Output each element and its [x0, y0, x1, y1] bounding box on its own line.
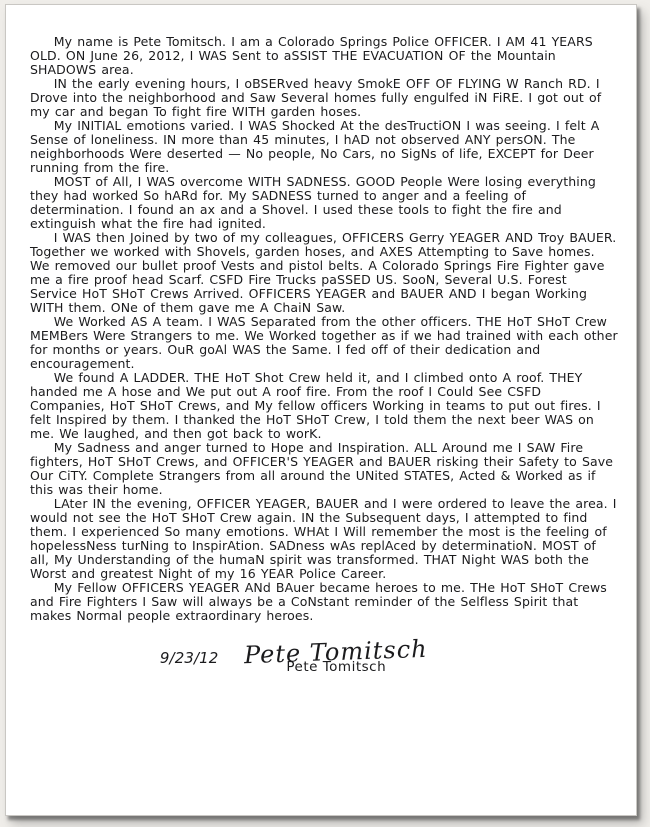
statement-paragraph: My Fellow OFFICERS YEAGER ANd BAuer beca…	[30, 581, 618, 623]
signature-date: 9/23/12	[160, 645, 219, 665]
statement-paragraph: My name is Pete Tomitsch. I am a Colorad…	[30, 35, 618, 77]
statement-body: My name is Pete Tomitsch. I am a Colorad…	[30, 35, 618, 674]
statement-paragraph: We Worked AS A team. I WAS Separated fro…	[30, 315, 618, 371]
scanned-document: My name is Pete Tomitsch. I am a Colorad…	[0, 0, 650, 827]
signature-stack: Pete Tomitsch Pete Tomitsch	[244, 645, 428, 674]
document-sheet: My name is Pete Tomitsch. I am a Colorad…	[5, 4, 637, 816]
statement-paragraph: MOST of All, I WAS overcome WITH SADNESS…	[30, 175, 618, 231]
statement-paragraph: My INITIAL emotions varied. I WAS Shocke…	[30, 119, 618, 175]
statement-paragraph: My Sadness and anger turned to Hope and …	[30, 441, 618, 497]
statement-paragraph: IN the early evening hours, I oBSERved h…	[30, 77, 618, 119]
signature-block: 9/23/12 Pete Tomitsch Pete Tomitsch	[30, 645, 558, 674]
signature-script: Pete Tomitsch	[244, 642, 428, 662]
statement-paragraph: I WAS then Joined by two of my colleague…	[30, 231, 618, 315]
statement-paragraph: We found A LADDER. THE HoT Shot Crew hel…	[30, 371, 618, 441]
statement-paragraph: LAter IN the evening, OFFICER YEAGER, BA…	[30, 497, 618, 581]
